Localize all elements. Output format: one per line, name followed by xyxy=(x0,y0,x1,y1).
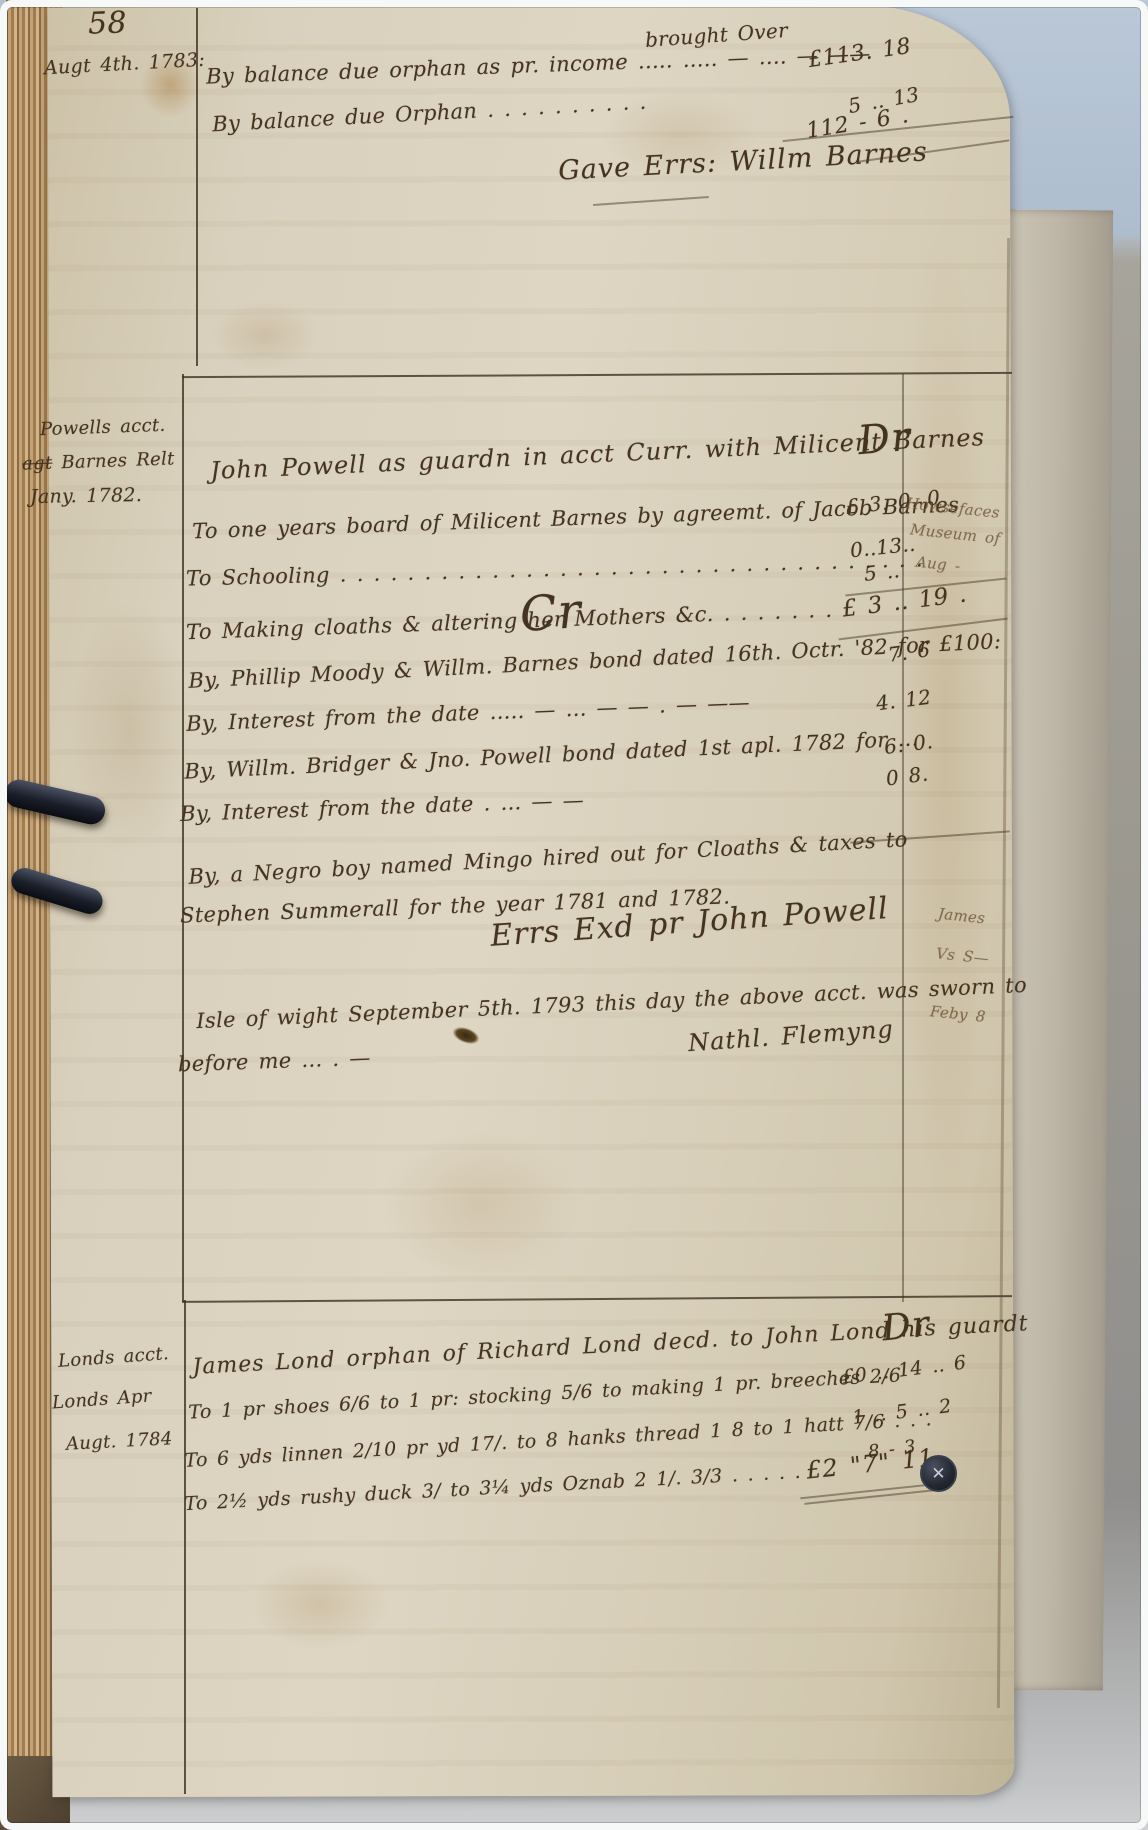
box-left-rule xyxy=(184,1300,186,1794)
close-button[interactable]: ✕ xyxy=(920,1455,957,1492)
cr-label: Cr xyxy=(518,586,583,642)
struck-word: agt xyxy=(22,453,53,475)
margin-date: Jany. 1782. xyxy=(30,485,143,507)
amount: 0 8. xyxy=(885,763,930,790)
manuscript-photo: 58 Augt 4th. 1783: brought Over By balan… xyxy=(0,0,1148,1830)
page-number: 58 xyxy=(87,7,127,41)
box-left-rule xyxy=(182,374,184,1302)
dr-label: Dr xyxy=(880,1306,932,1350)
marginalia: Aug - xyxy=(915,554,961,575)
margin-account-label: Powells acct. xyxy=(40,416,166,440)
amount: 5 .. xyxy=(863,560,901,585)
margin-party-name: Barnes Relt xyxy=(61,448,175,473)
dr-label: Dr xyxy=(856,416,913,464)
